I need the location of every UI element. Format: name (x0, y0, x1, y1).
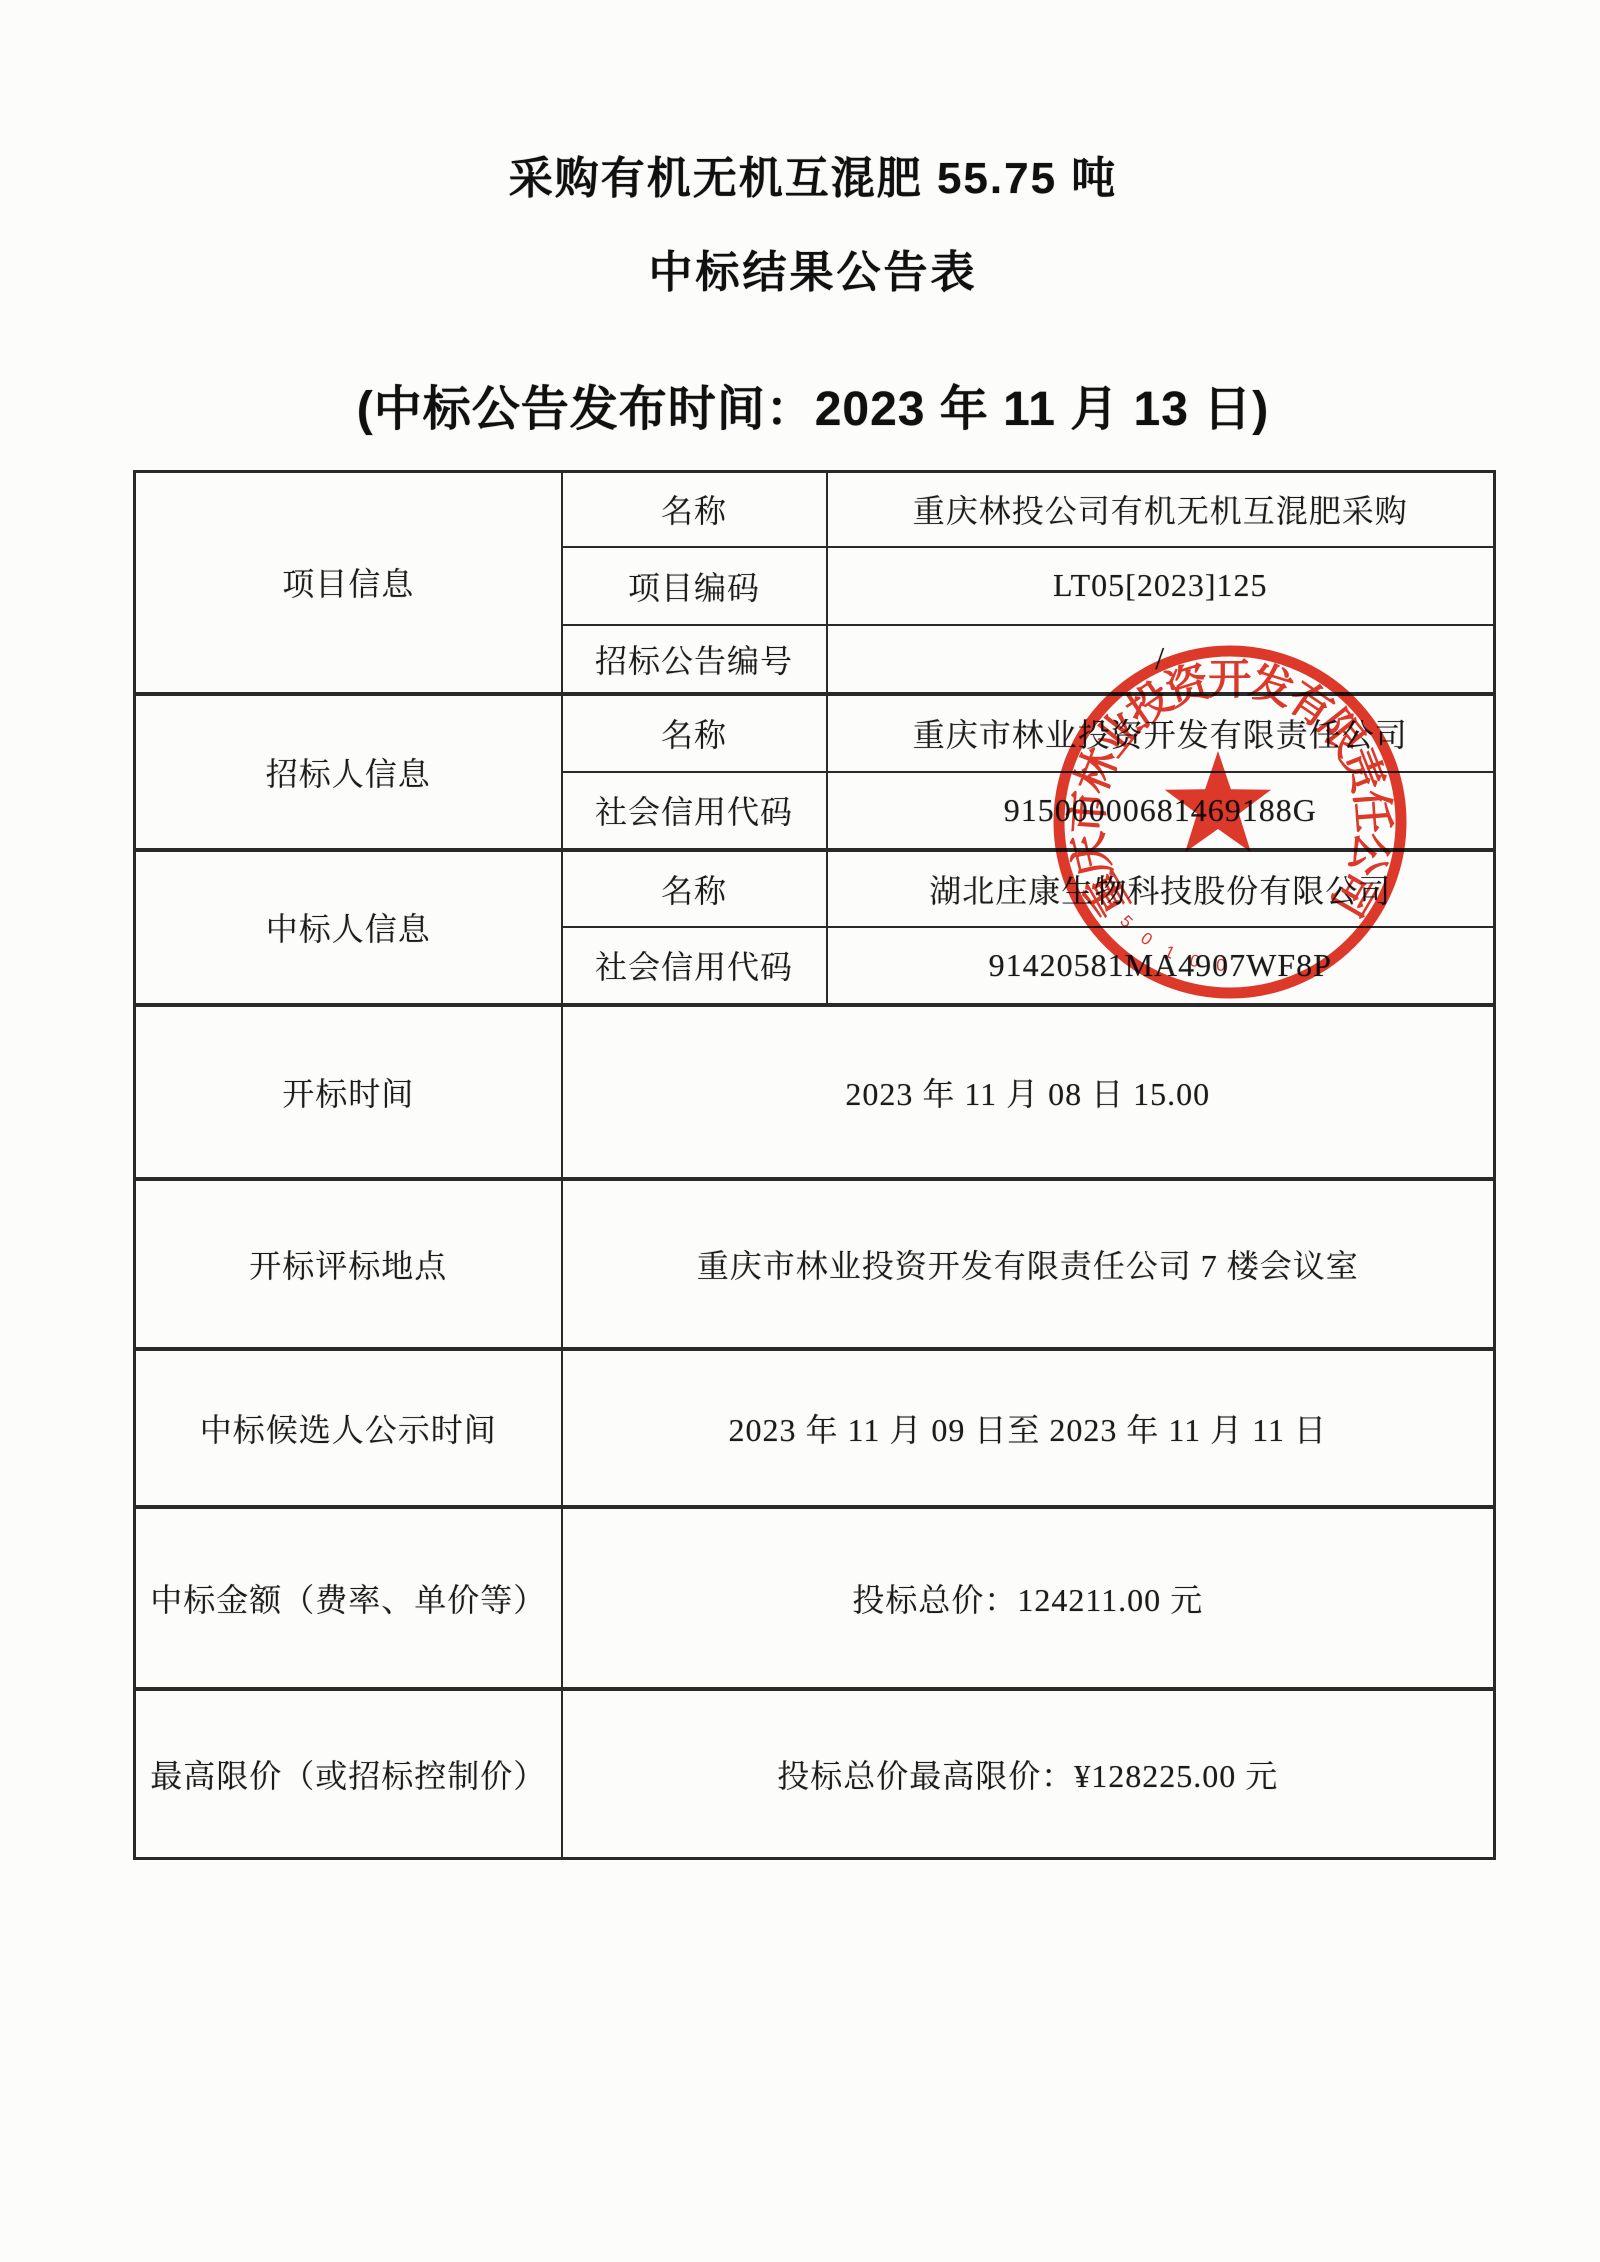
document-title-line1: 采购有机无机互混肥 55.75 吨 (13, 142, 1600, 206)
section-label-project-info: 项目信息 (135, 472, 562, 694)
table-row: 中标候选人公示时间 2023 年 11 月 09 日至 2023 年 11 月 … (135, 1349, 1495, 1507)
value-winner-name: 湖北庄康生物科技股份有限公司 (827, 850, 1495, 927)
label-bid-opening-time: 开标时间 (135, 1005, 562, 1179)
label-bid-opening-place: 开标评标地点 (135, 1179, 562, 1349)
table-row: 开标时间 2023 年 11 月 08 日 15.00 (135, 1005, 1495, 1179)
key-winner-name: 名称 (562, 850, 827, 927)
key-project-name: 名称 (562, 472, 827, 547)
value-project-code: LT05[2023]125 (827, 547, 1495, 625)
key-tender-notice-number: 招标公告编号 (562, 625, 827, 694)
label-award-amount: 中标金额（费率、单价等） (135, 1507, 562, 1689)
value-max-price: 投标总价最高限价：¥128225.00 元 (562, 1689, 1495, 1859)
value-award-amount: 投标总价：124211.00 元 (562, 1507, 1495, 1689)
table-row: 最高限价（或招标控制价） 投标总价最高限价：¥128225.00 元 (135, 1689, 1495, 1859)
key-tenderer-name: 名称 (562, 694, 827, 772)
key-tenderer-credit-code: 社会信用代码 (562, 772, 827, 850)
value-candidate-publicity-time: 2023 年 11 月 09 日至 2023 年 11 月 11 日 (562, 1349, 1495, 1507)
value-bid-opening-time: 2023 年 11 月 08 日 15.00 (562, 1005, 1495, 1179)
key-winner-credit-code: 社会信用代码 (562, 927, 827, 1005)
section-label-winner-info: 中标人信息 (135, 850, 562, 1005)
publish-date-line: (中标公告发布时间：2023 年 11 月 13 日) (13, 370, 1600, 439)
table-row: 开标评标地点 重庆市林业投资开发有限责任公司 7 楼会议室 (135, 1179, 1495, 1349)
value-winner-credit-code: 91420581MA4907WF8P (827, 927, 1495, 1005)
document-title-line2: 中标结果公告表 (13, 236, 1600, 300)
table-row: 招标人信息 名称 重庆市林业投资开发有限责任公司 (135, 694, 1495, 772)
value-tenderer-credit-code: 91500000681469188G (827, 772, 1495, 850)
table-row: 项目信息 名称 重庆林投公司有机无机互混肥采购 (135, 472, 1495, 547)
value-tender-notice-number: / (827, 625, 1495, 694)
scanned-document-page: 采购有机无机互混肥 55.75 吨 中标结果公告表 (中标公告发布时间：2023… (0, 0, 1600, 2262)
value-project-name: 重庆林投公司有机无机互混肥采购 (827, 472, 1495, 547)
table-row: 中标金额（费率、单价等） 投标总价：124211.00 元 (135, 1507, 1495, 1689)
key-project-code: 项目编码 (562, 547, 827, 625)
label-max-price: 最高限价（或招标控制价） (135, 1689, 562, 1859)
value-bid-opening-place: 重庆市林业投资开发有限责任公司 7 楼会议室 (562, 1179, 1495, 1349)
label-candidate-publicity-time: 中标候选人公示时间 (135, 1349, 562, 1507)
bid-result-table: 项目信息 名称 重庆林投公司有机无机互混肥采购 项目编码 LT05[2023]1… (133, 470, 1496, 1860)
table-row: 中标人信息 名称 湖北庄康生物科技股份有限公司 (135, 850, 1495, 927)
value-tenderer-name: 重庆市林业投资开发有限责任公司 (827, 694, 1495, 772)
section-label-tenderer-info: 招标人信息 (135, 694, 562, 850)
